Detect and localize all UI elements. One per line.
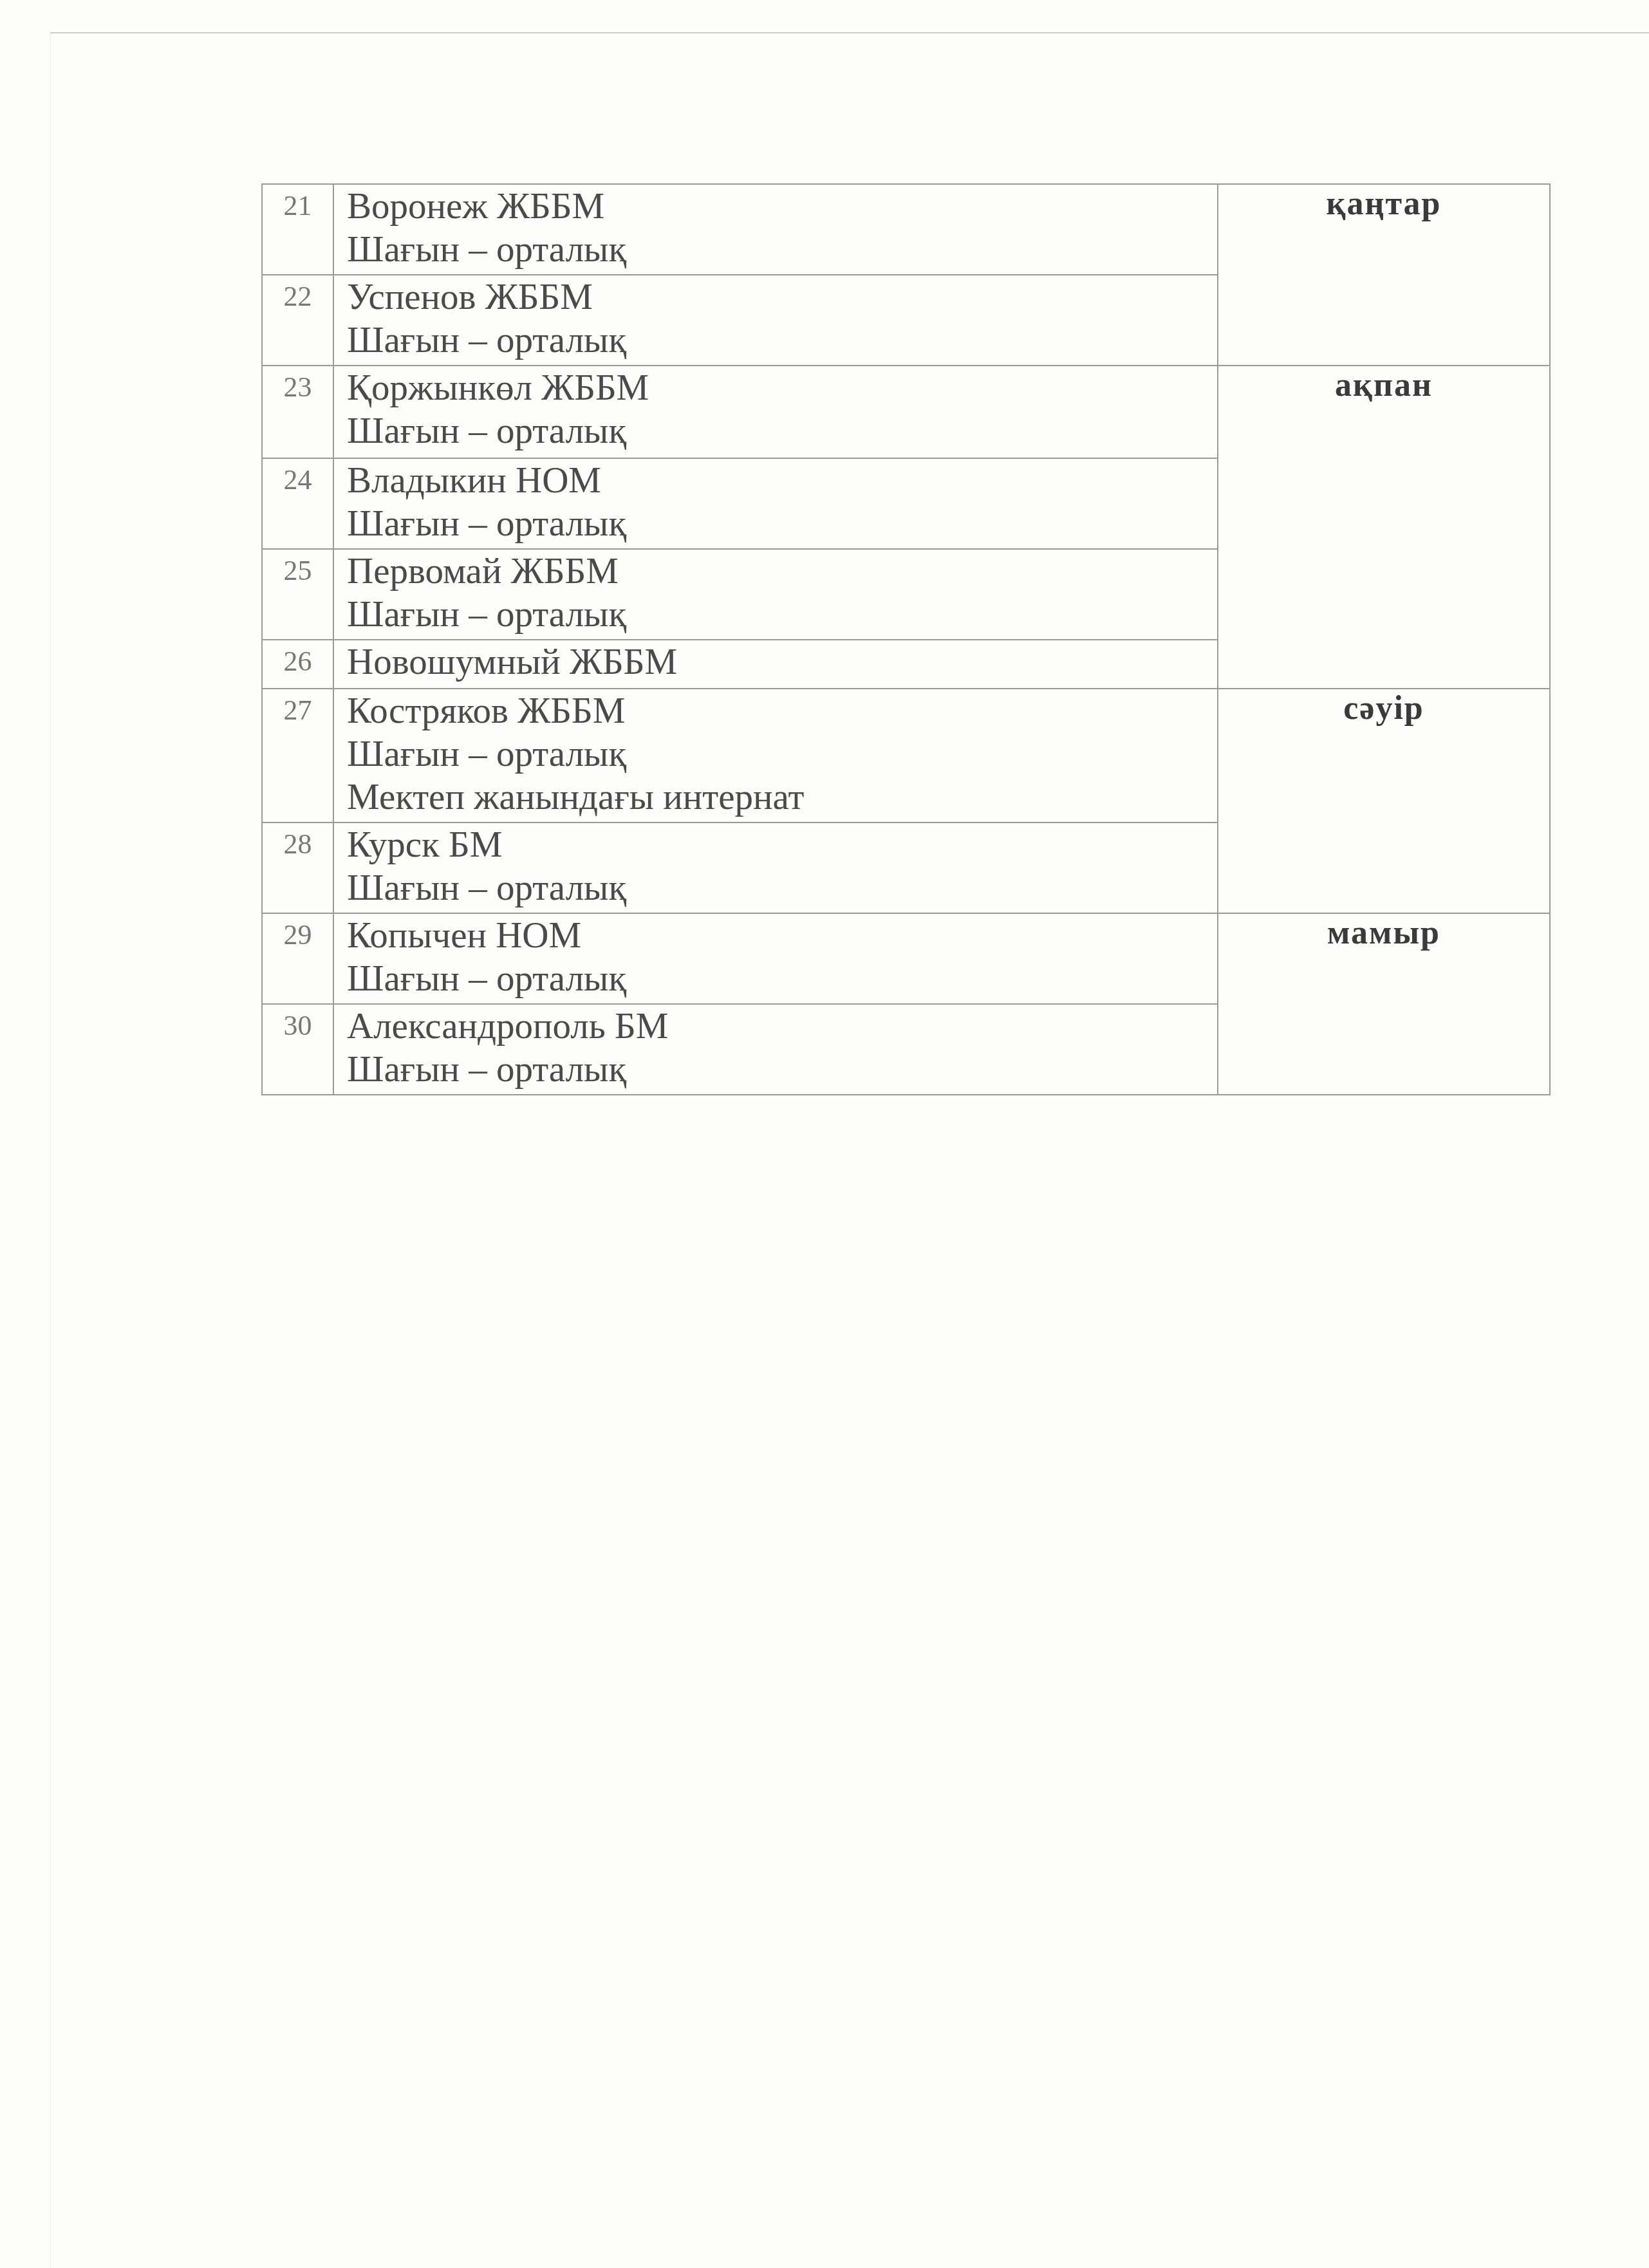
row-number: 25: [262, 549, 333, 640]
school-note: Мектеп жанындағы интернат: [347, 776, 1217, 819]
row-number: 27: [262, 689, 333, 823]
school-name: Александрополь БМ: [347, 1005, 1217, 1048]
school-cell: Александрополь БМ Шағын – орталық: [333, 1004, 1218, 1095]
school-cell: Қоржынкөл ЖББМ Шағын – орталық: [333, 366, 1218, 458]
school-cell: Курск БМ Шағын – орталық: [333, 823, 1218, 913]
month-cell: сәуір: [1218, 689, 1550, 913]
scan-edge-top: [50, 32, 1649, 33]
row-number: 30: [262, 1004, 333, 1095]
school-name: Қоржынкөл ЖББМ: [347, 366, 1217, 409]
scan-edge-left: [50, 33, 51, 2268]
table-row: 29 Копычен НОМ Шағын – орталық мамыр: [262, 913, 1550, 1004]
school-cell: Владыкин НОМ Шағын – орталық: [333, 458, 1218, 549]
school-name: Копычен НОМ: [347, 914, 1217, 957]
school-name: Владыкин НОМ: [347, 459, 1217, 502]
school-cell: Копычен НОМ Шағын – орталық: [333, 913, 1218, 1004]
school-subtitle: Шағын – орталық: [347, 732, 1217, 776]
school-subtitle: Шағын – орталық: [347, 866, 1217, 909]
school-subtitle: Шағын – орталық: [347, 1048, 1217, 1091]
school-name: Первомай ЖББМ: [347, 550, 1217, 593]
table-row: 23 Қоржынкөл ЖББМ Шағын – орталық ақпан: [262, 366, 1550, 458]
row-number: 26: [262, 640, 333, 689]
school-cell: Воронеж ЖББМ Шағын – орталық: [333, 184, 1218, 275]
table-row: 27 Костряков ЖББМ Шағын – орталық Мектеп…: [262, 689, 1550, 823]
month-cell: мамыр: [1218, 913, 1550, 1095]
month-cell: қаңтар: [1218, 184, 1550, 366]
school-subtitle: Шағын – орталық: [347, 502, 1217, 545]
school-subtitle: Шағын – орталық: [347, 319, 1217, 362]
school-cell: Новошумный ЖББМ: [333, 640, 1218, 689]
school-name: Новошумный ЖББМ: [347, 640, 1217, 683]
row-number: 24: [262, 458, 333, 549]
school-subtitle: Шағын – орталық: [347, 957, 1217, 1000]
month-cell: ақпан: [1218, 366, 1550, 689]
row-number: 29: [262, 913, 333, 1004]
school-name: Курск БМ: [347, 823, 1217, 866]
school-subtitle: Шағын – орталық: [347, 409, 1217, 452]
school-cell: Успенов ЖББМ Шағын – орталық: [333, 275, 1218, 366]
row-number: 22: [262, 275, 333, 366]
school-cell: Костряков ЖББМ Шағын – орталық Мектеп жа…: [333, 689, 1218, 823]
school-name: Успенов ЖББМ: [347, 275, 1217, 319]
row-number: 21: [262, 184, 333, 275]
school-name: Костряков ЖББМ: [347, 689, 1217, 732]
row-number: 23: [262, 366, 333, 458]
row-number: 28: [262, 823, 333, 913]
school-cell: Первомай ЖББМ Шағын – орталық: [333, 549, 1218, 640]
school-subtitle: Шағын – орталық: [347, 593, 1217, 636]
school-subtitle: Шағын – орталық: [347, 228, 1217, 271]
schedule-table: 21 Воронеж ЖББМ Шағын – орталық қаңтар 2…: [261, 183, 1551, 1095]
school-name: Воронеж ЖББМ: [347, 185, 1217, 228]
table-row: 21 Воронеж ЖББМ Шағын – орталық қаңтар: [262, 184, 1550, 275]
